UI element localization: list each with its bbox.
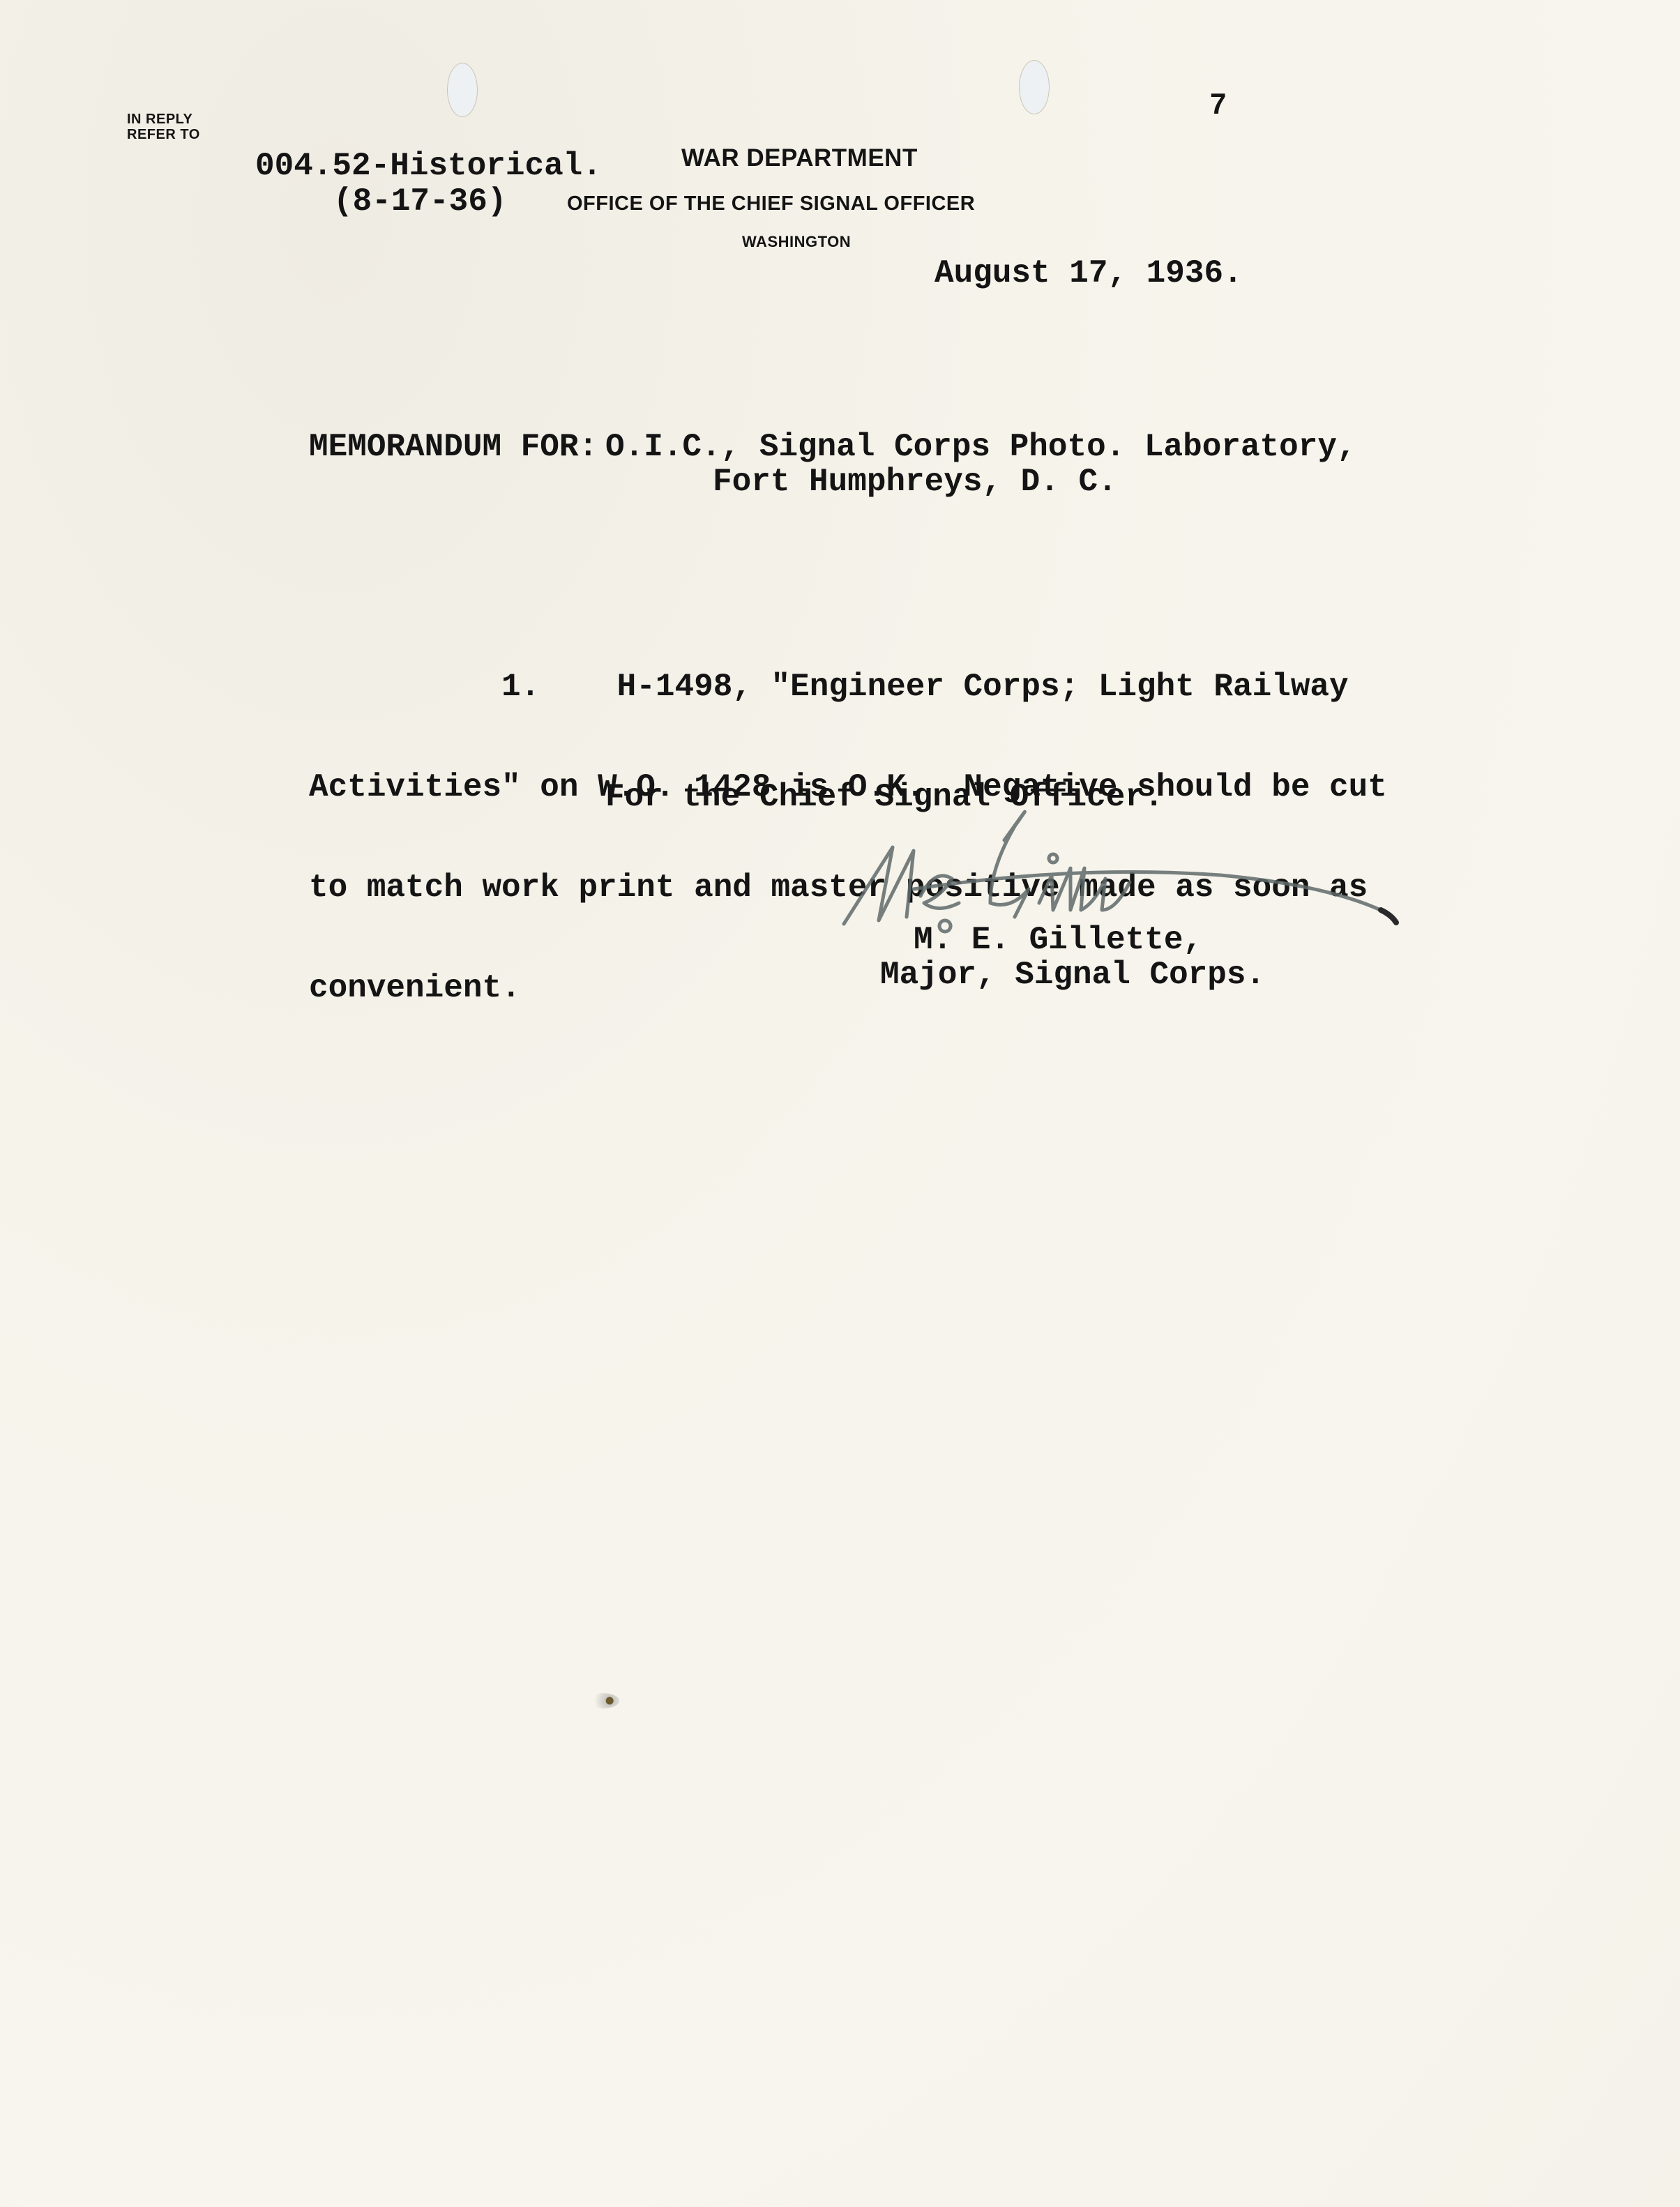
signatory-title: Major, Signal Corps. (880, 957, 1265, 993)
reply-notice-line-1: IN REPLY (127, 112, 200, 127)
letterhead-department: WAR DEPARTMENT (681, 144, 918, 172)
file-reference-date: (8-17-36) (333, 183, 506, 220)
memorandum-addressee-line-2: Fort Humphreys, D. C. (713, 464, 1117, 500)
document-page: 7 IN REPLY REFER TO WAR DEPARTMENT OFFIC… (0, 0, 1680, 2207)
letterhead-office: OFFICE OF THE CHIEF SIGNAL OFFICER (567, 192, 975, 215)
file-reference-number: 004.52-Historical. (255, 148, 602, 184)
memo-date: August 17, 1936. (934, 255, 1243, 291)
reply-notice: IN REPLY REFER TO (127, 112, 200, 142)
memorandum-label: MEMORANDUM FOR: (309, 429, 598, 465)
letterhead-city: WASHINGTON (742, 233, 851, 251)
memorandum-addressee-line-1: O.I.C., Signal Corps Photo. Laboratory, (605, 429, 1356, 465)
punch-hole-left (447, 63, 478, 117)
body-line: 1. H-1498, "Engineer Corps; Light Railwa… (309, 670, 1387, 704)
signatory-name: M. E. Gillette, (914, 922, 1202, 958)
page-number: 7 (1210, 87, 1226, 121)
punch-hole-right (1019, 60, 1050, 114)
ink-smudge (587, 1693, 619, 1708)
reply-notice-line-2: REFER TO (127, 127, 200, 142)
